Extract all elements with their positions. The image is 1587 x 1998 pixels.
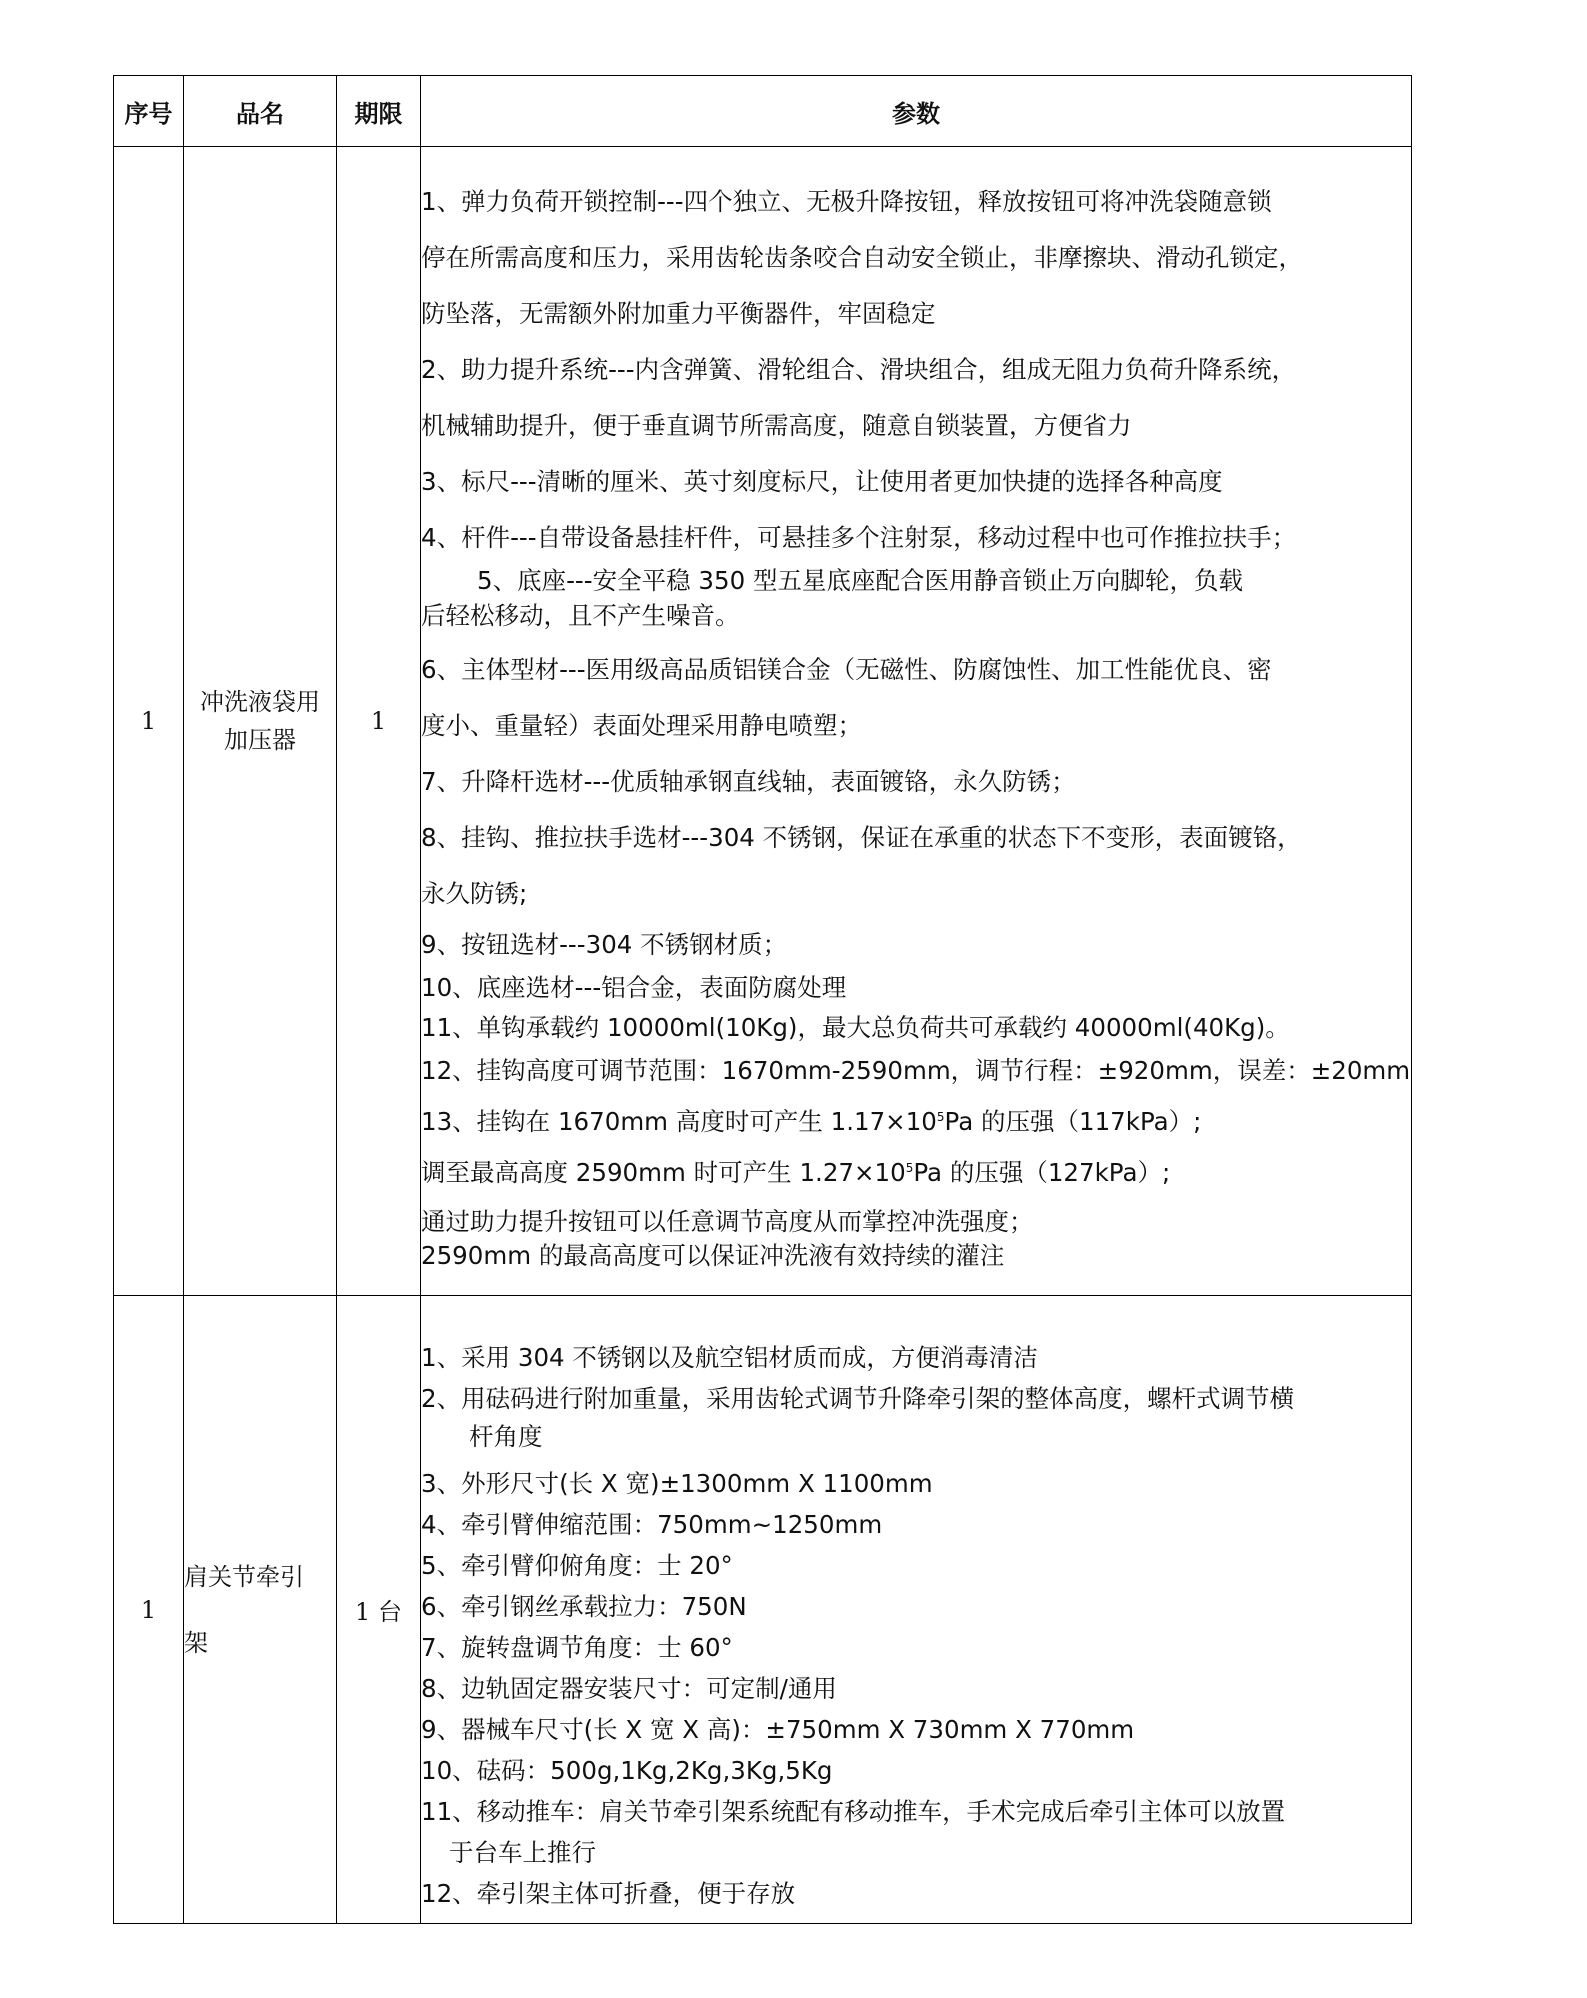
param-line: 11、单钩承载约 10000ml(10Kg)，最大总负荷共可承载约 40000m… <box>421 1008 1411 1048</box>
param-line: 3、标尺---清晰的厘米、英寸刻度标尺，让使用者更加快捷的选择各种高度 <box>421 454 1411 510</box>
param-line: 12、牵引架主体可折叠，便于存放 <box>421 1873 1411 1914</box>
header-params: 参数 <box>421 76 1412 147</box>
param-line: 11、移动推车：肩关节牵引架系统配有移动推车，手术完成后牵引主体可以放置 <box>421 1791 1411 1832</box>
param-line: 4、牵引臂伸缩范围：750mm~1250mm <box>421 1504 1411 1545</box>
spec-table: 序号 品名 期限 参数 1 冲洗液袋用 加压器 1 1、弹力负荷开锁控制---四… <box>113 75 1412 1924</box>
product-name-line: 肩关节牵引 <box>184 1544 336 1610</box>
param-text: 13、挂钩在 1670mm 高度时可产生 1.17×10 <box>421 1107 937 1136</box>
product-name-line: 架 <box>184 1610 336 1676</box>
param-line: 6、牵引钢丝承载拉力：750N <box>421 1586 1411 1627</box>
param-line: 9、器械车尺寸(长 X 宽 X 高)：±750mm X 730mm X 770m… <box>421 1709 1411 1750</box>
param-line: 2、用砝码进行附加重量，采用齿轮式调节升降牵引架的整体高度，螺杆式调节横 <box>421 1378 1411 1419</box>
param-text: 调至最高高度 2590mm 时可产生 1.27×10 <box>421 1158 906 1187</box>
param-line: 3、外形尺寸(长 X 宽)±1300mm X 1100mm <box>421 1463 1411 1504</box>
row-term: 1 <box>337 147 421 1296</box>
product-name: 肩关节牵引 架 <box>184 1296 337 1924</box>
param-line: 10、砝码：500g,1Kg,2Kg,3Kg,5Kg <box>421 1750 1411 1791</box>
param-line-pressure-high: 调至最高高度 2590mm 时可产生 1.27×105Pa 的压强（127kPa… <box>421 1150 1411 1200</box>
param-line: 2、助力提升系统---内含弹簧、滑轮组合、滑块组合，组成无阻力负荷升降系统， <box>421 342 1411 398</box>
param-line: 1、采用 304 不锈钢以及航空铝材质而成，方便消毒清洁 <box>421 1337 1411 1378</box>
param-line: 4、杆件---自带设备悬挂杆件，可悬挂多个注射泵，移动过程中也可作推拉扶手； <box>421 510 1411 566</box>
row-index: 1 <box>114 147 184 1296</box>
param-line: 通过助力提升按钮可以任意调节高度从而掌控冲洗强度； <box>421 1200 1411 1236</box>
param-line: 后轻松移动，且不产生噪音。 <box>421 596 1411 642</box>
param-text: Pa 的压强（127kPa）; <box>913 1158 1170 1187</box>
param-line: 防坠落，无需额外附加重力平衡器件，牢固稳定 <box>421 286 1411 342</box>
param-line: 1、弹力负荷开锁控制---四个独立、无极升降按钮，释放按钮可将冲洗袋随意锁 <box>421 174 1411 230</box>
param-line: 7、旋转盘调节角度：士 60° <box>421 1627 1411 1668</box>
header-name: 品名 <box>184 76 337 147</box>
row-index: 1 <box>114 1296 184 1924</box>
param-line: 6、主体型材---医用级高品质铝镁合金（无磁性、防腐蚀性、加工性能优良、密 <box>421 642 1411 698</box>
product-name-line: 冲洗液袋用 <box>184 683 336 721</box>
param-line-pressure-low: 13、挂钩在 1670mm 高度时可产生 1.17×105Pa 的压强（117k… <box>421 1094 1411 1150</box>
table-row: 1 肩关节牵引 架 1 台 1、采用 304 不锈钢以及航空铝材质而成，方便消毒… <box>114 1296 1412 1924</box>
product-name: 冲洗液袋用 加压器 <box>184 147 337 1296</box>
param-line: 永久防锈; <box>421 866 1411 922</box>
param-line: 机械辅助提升，便于垂直调节所需高度，随意自锁装置，方便省力 <box>421 398 1411 454</box>
param-line: 10、底座选材---铝合金，表面防腐处理 <box>421 968 1411 1008</box>
table-header-row: 序号 品名 期限 参数 <box>114 76 1412 147</box>
param-line: 12、挂钩高度可调节范围：1670mm-2590mm，调节行程：±920mm，误… <box>421 1048 1411 1094</box>
row-term: 1 台 <box>337 1296 421 1924</box>
param-line: 停在所需高度和压力，采用齿轮齿条咬合自动安全锁止，非摩擦块、滑动孔锁定， <box>421 230 1411 286</box>
param-line: 2590mm 的最高高度可以保证冲洗液有效持续的灌注 <box>421 1236 1411 1276</box>
param-line: 8、边轨固定器安装尺寸：可定制/通用 <box>421 1668 1411 1709</box>
params-cell: 1、弹力负荷开锁控制---四个独立、无极升降按钮，释放按钮可将冲洗袋随意锁 停在… <box>421 147 1412 1296</box>
param-text: Pa 的压强（117kPa）; <box>945 1107 1202 1136</box>
param-line: 度小、重量轻）表面处理采用静电喷塑； <box>421 698 1411 754</box>
param-line: 7、升降杆选材---优质轴承钢直线轴，表面镀铬，永久防锈； <box>421 754 1411 810</box>
param-line: 5、底座---安全平稳 350 型五星底座配合医用静音锁止万向脚轮，负载 <box>421 566 1411 596</box>
header-term: 期限 <box>337 76 421 147</box>
param-line: 于台车上推行 <box>421 1832 1411 1873</box>
exponent: 5 <box>937 1110 945 1124</box>
param-line: 杆角度 <box>421 1419 1411 1463</box>
product-name-line: 加压器 <box>184 721 336 759</box>
document-page: 序号 品名 期限 参数 1 冲洗液袋用 加压器 1 1、弹力负荷开锁控制---四… <box>0 0 1587 1998</box>
params-cell: 1、采用 304 不锈钢以及航空铝材质而成，方便消毒清洁 2、用砝码进行附加重量… <box>421 1296 1412 1924</box>
table-row: 1 冲洗液袋用 加压器 1 1、弹力负荷开锁控制---四个独立、无极升降按钮，释… <box>114 147 1412 1296</box>
param-line: 9、按钮选材---304 不锈钢材质； <box>421 922 1411 968</box>
param-line: 8、挂钩、推拉扶手选材---304 不锈钢，保证在承重的状态下不变形，表面镀铬， <box>421 810 1411 866</box>
header-index: 序号 <box>114 76 184 147</box>
param-line: 5、牵引臂仰俯角度：士 20° <box>421 1545 1411 1586</box>
